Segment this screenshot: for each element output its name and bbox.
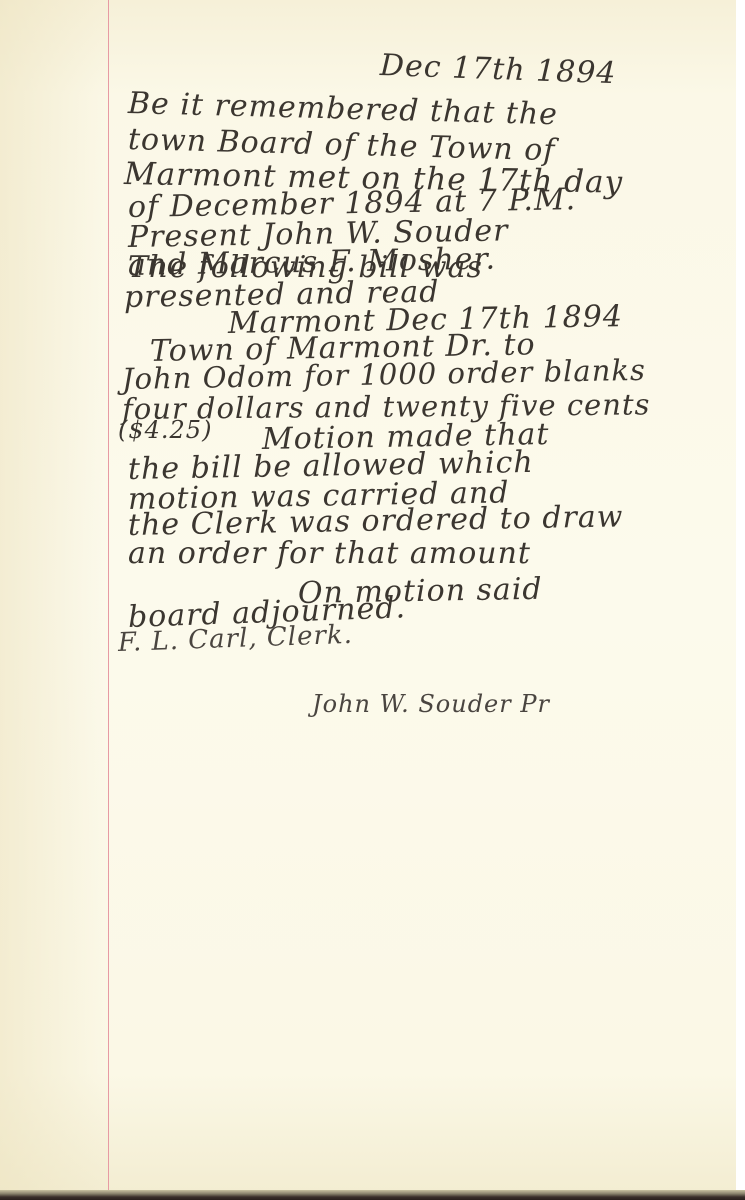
book-bottom-edge <box>0 1190 745 1200</box>
ledger-page: Dec 17th 1894 Be it remembered that the … <box>0 0 736 1192</box>
margin-rule <box>108 0 109 1192</box>
bill-amount: ($4.25) <box>118 416 212 444</box>
motion-line: an order for that amount <box>128 536 531 571</box>
page-shading <box>0 0 110 1192</box>
page-right-edge <box>736 0 745 1190</box>
heading-date: Dec 17th 1894 <box>379 48 617 91</box>
chair-signature: John W. Souder Pr <box>312 690 550 718</box>
